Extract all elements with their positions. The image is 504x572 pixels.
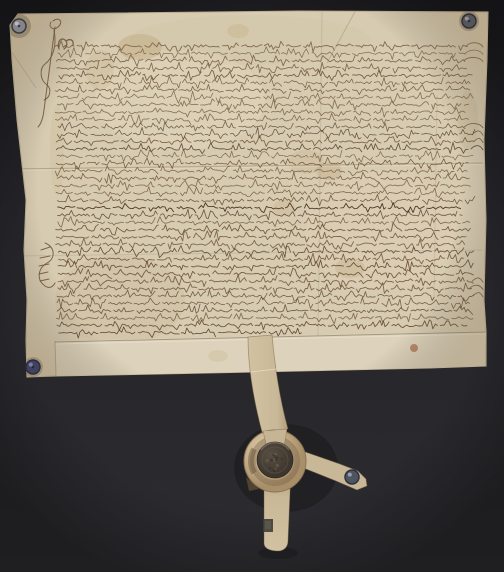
wax-seal — [244, 429, 306, 492]
seal-texture-dot — [266, 459, 269, 462]
seal-bowl-recess-dark — [251, 449, 254, 473]
pin-bottom-left-center — [32, 366, 35, 369]
charter-photograph — [0, 0, 504, 572]
pin-bottom-left — [26, 360, 40, 374]
seal-texture-dot — [276, 464, 280, 468]
tag-strap-mark-inner — [265, 521, 271, 529]
seal-texture-dot — [274, 455, 277, 458]
pin-top-right-center — [468, 20, 471, 23]
strap-tip-pin — [345, 470, 359, 484]
seal-texture-dot — [281, 458, 283, 460]
seal-texture-dot — [274, 468, 277, 471]
seal-texture-dot — [275, 453, 277, 455]
pin-top-left-center — [18, 25, 21, 28]
photo-stage — [0, 0, 504, 572]
pin-top-left — [12, 19, 26, 33]
strap-pin-glint — [348, 473, 352, 477]
seal-texture-dot — [269, 467, 271, 469]
seal-texture-dot — [270, 459, 273, 462]
strap-pin-body — [345, 470, 359, 484]
pin-top-right — [462, 14, 476, 28]
